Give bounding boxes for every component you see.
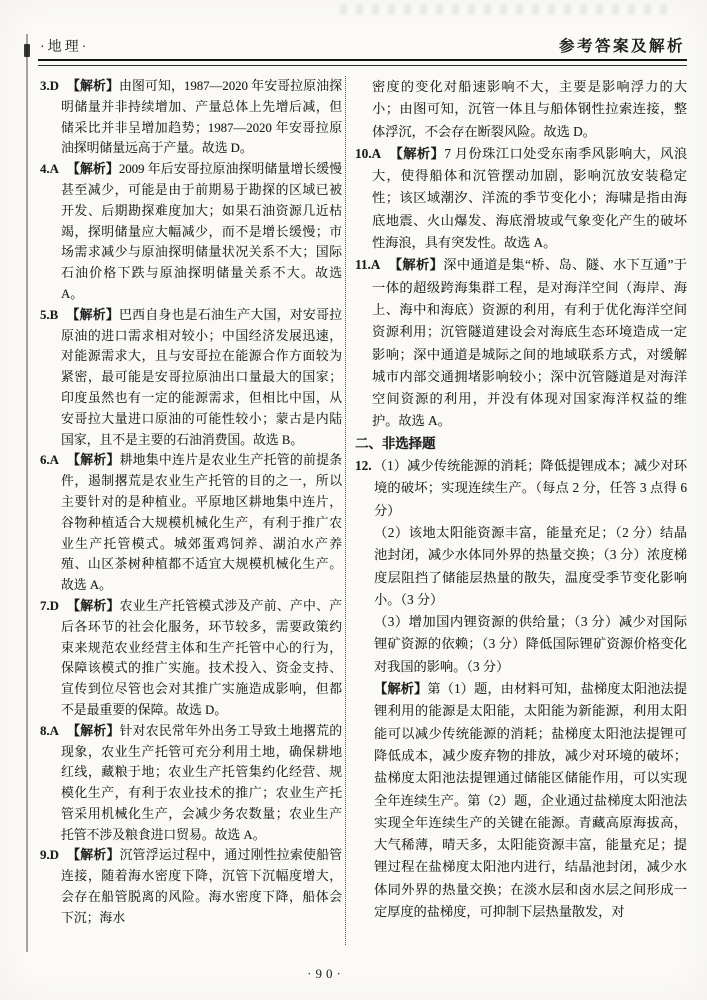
answer-number: 7.D: [40, 599, 59, 613]
answer-number: 5.B: [40, 308, 58, 322]
analysis-tag: 【解析】: [67, 453, 120, 467]
answer-text: （3）增加国内锂资源的供给量；（3 分）减少对国际锂矿资源的依赖；（3 分）降低…: [374, 614, 687, 674]
answer-item-4: 4.A【解析】2009 年后安哥拉原油探明储量增长缓慢甚至减少，可能是由于前期易…: [40, 159, 342, 305]
answer-text: 巴西自身也是石油生产大国，对安哥拉原油的进口需求相对较小；中国经济发展迅速，对能…: [61, 308, 342, 447]
subject-label: ·地理·: [40, 36, 89, 56]
answer-number: 6.A: [40, 453, 59, 467]
answer-text: （2）该地太阳能资源丰富，能量充足；（2 分）结晶池封闭，减少水体同外界的热量交…: [374, 525, 687, 607]
scan-blob-artifact: [24, 44, 30, 57]
answer-item-12: 12.（1）减少传统能源的消耗；降低提锂成本；减少对环境的破坏；实现连续生产。（…: [355, 455, 687, 923]
page-number: ·90·: [0, 966, 652, 982]
answer-12-part-3: （3）增加国内锂资源的供给量；（3 分）减少对国际锂矿资源的依赖；（3 分）降低…: [355, 611, 687, 678]
answer-number: 11.A: [355, 257, 380, 272]
answer-item-9-continuation: 密度的变化对船速影响不大，主要是影响浮力的大小；由图可知，沉管一体且与船体钢性拉…: [355, 76, 687, 143]
answer-12-part-1: 12.（1）减少传统能源的消耗；降低提锂成本；减少对环境的破坏；实现连续生产。（…: [355, 455, 687, 522]
analysis-tag: 【解析】: [389, 146, 444, 161]
answer-text: 农业生产托管模式涉及产前、产中、产后各环节的社会化服务，环节较多，需要政策约束来…: [61, 599, 342, 717]
analysis-tag: 【解析】: [66, 308, 119, 322]
answer-text: 密度的变化对船速影响不大，主要是影响浮力的大小；由图可知，沉管一体且与船体钢性拉…: [372, 79, 687, 139]
section-header-non-choice: 二、非选择题: [355, 433, 687, 455]
answer-item-11: 11.A【解析】深中通道是集“桥、岛、隧、水下互通”于一体的超级跨海集群工程，是…: [355, 254, 687, 432]
right-column: 密度的变化对船速影响不大，主要是影响浮力的大小；由图可知，沉管一体且与船体钢性拉…: [355, 76, 687, 945]
header-double-rule: [38, 59, 687, 66]
answer-12-part-2: （2）该地太阳能资源丰富，能量充足；（2 分）结晶池封闭，减少水体同外界的热量交…: [355, 522, 687, 611]
analysis-tag: 【解析】: [388, 257, 443, 272]
answer-text: 第（1）题，由材料可知，盐梯度太阳池法提锂利用的能源是太阳能，太阳能为新能源，利…: [374, 681, 687, 919]
answer-item-9: 9.D【解析】沉管浮运过程中，通过刚性拉索使船管连接，随着海水密度下降，沉管下沉…: [40, 845, 342, 928]
content-columns: 3.D【解析】由图可知，1987—2020 年安哥拉原油探明储量并非持续增加、产…: [40, 76, 687, 945]
answer-number: 10.A: [355, 146, 381, 161]
answer-number: 4.A: [40, 162, 59, 176]
analysis-tag: 【解析】: [67, 162, 119, 176]
answer-text: （1）减少传统能源的消耗；降低提锂成本；减少对环境的破坏；实现连续生产。（每点 …: [373, 458, 687, 518]
analysis-tag: 【解析】: [67, 724, 120, 738]
answer-item-8: 8.A【解析】针对农民常年外出务工导致土地撂荒的现象，农业生产托管可充分利用土地…: [40, 721, 342, 846]
analysis-tag: 【解析】: [67, 848, 120, 862]
scanned-answer-page: ·地理· 参考答案及解析 3.D【解析】由图可知，1987—2020 年安哥拉原…: [0, 0, 707, 1000]
column-divider-dotted-rule: [345, 76, 346, 945]
answer-number: 3.D: [40, 79, 59, 93]
analysis-tag: 【解析】: [374, 681, 427, 696]
analysis-tag: 【解析】: [67, 599, 120, 613]
page-title: 参考答案及解析: [559, 34, 685, 56]
answer-text: 耕地集中连片是农业生产托管的前提条件，遏制撂荒是农业生产托管的目的之一，所以主要…: [61, 453, 342, 592]
answer-text: 深中通道是集“桥、岛、隧、水下互通”于一体的超级跨海集群工程，是对海洋空间（海岸…: [372, 257, 687, 428]
answer-item-5: 5.B【解析】巴西自身也是石油生产大国，对安哥拉原油的进口需求相对较小；中国经济…: [40, 305, 342, 451]
answer-item-3: 3.D【解析】由图可知，1987—2020 年安哥拉原油探明储量并非持续增加、产…: [40, 76, 342, 159]
answer-text: 7 月份珠江口处受东南季风影响大，风浪大，使得船体和沉管摆动加剧，影响沉放安装稳…: [372, 146, 687, 250]
answer-number: 12.: [355, 458, 371, 473]
page-bleed-artifact: [340, 4, 667, 15]
answer-text: 针对农民常年外出务工导致土地撂荒的现象，农业生产托管可充分利用土地，确保耕地红线…: [61, 724, 342, 842]
scan-edge-artifact: [26, 34, 28, 952]
answer-item-10: 10.A【解析】7 月份珠江口处受东南季风影响大，风浪大，使得船体和沉管摆动加剧…: [355, 143, 687, 254]
answer-item-6: 6.A【解析】耕地集中连片是农业生产托管的前提条件，遏制撂荒是农业生产托管的目的…: [40, 450, 342, 596]
page-header: ·地理· 参考答案及解析: [40, 30, 685, 56]
analysis-tag: 【解析】: [67, 79, 119, 93]
answer-12-analysis: 【解析】第（1）题，由材料可知，盐梯度太阳池法提锂利用的能源是太阳能，太阳能为新…: [355, 678, 687, 923]
answer-text: 2009 年后安哥拉原油探明储量增长缓慢甚至减少，可能是由于前期易于勘探的区域已…: [61, 162, 342, 301]
answer-item-7: 7.D【解析】农业生产托管模式涉及产前、产中、产后各环节的社会化服务，环节较多，…: [40, 596, 342, 721]
answer-number: 8.A: [40, 724, 59, 738]
answer-number: 9.D: [40, 848, 59, 862]
left-column: 3.D【解析】由图可知，1987—2020 年安哥拉原油探明储量并非持续增加、产…: [40, 76, 342, 945]
